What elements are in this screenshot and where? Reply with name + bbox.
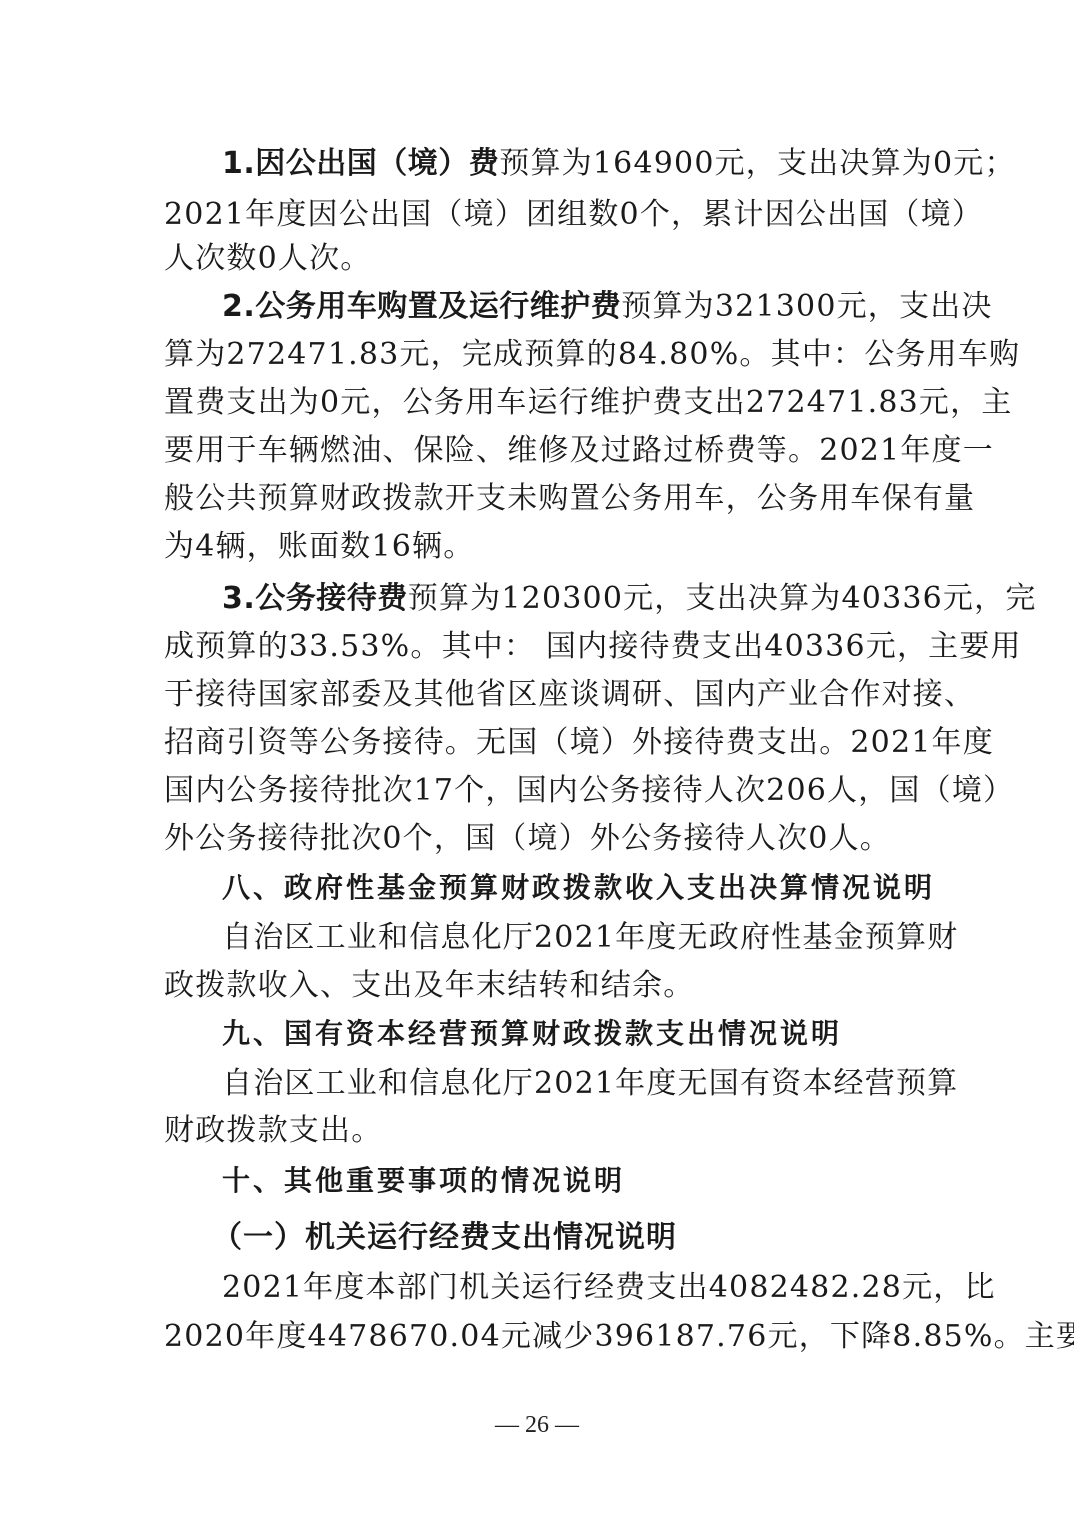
paragraph-line: 为4辆，账面数16辆。 [164,527,916,567]
item-text: 预算为120300元，支出决算为40336元，完 [408,581,1037,616]
item-title: 2.公务用车购置及运行维护费 [222,289,621,324]
section-heading: 八、政府性基金预算财政拨款收入支出决算情况说明 [222,868,916,908]
section-heading: 十、其他重要事项的情况说明 [222,1161,916,1201]
paragraph-line: 自治区工业和信息化厅2021年度无国有资本经营预算 [222,1064,882,1104]
paragraph-line: 置费支出为0元，公务用车运行维护费支出272471.83元，主 [164,383,916,423]
paragraph-line: 于接待国家部委及其他省区座谈调研、国内产业合作对接、 [164,675,916,715]
paragraph-line: 2021年度本部门机关运行经费支出4082482.28元，比 [222,1268,916,1308]
paragraph-line: 外公务接待批次0个，国（境）外公务接待人次0人。 [164,819,916,859]
item-text: 预算为321300元，支出决 [621,289,992,324]
paragraph-line: 2021年度因公出国（境）团组数0个，累计因公出国（境） [164,195,916,235]
subsection-heading: （一）机关运行经费支出情况说明 [212,1218,964,1258]
paragraph-line: 招商引资等公务接待。无国（境）外接待费支出。2021年度 [164,723,916,763]
item-title: 1.因公出国（境）费 [222,146,499,181]
document-page: 1.因公出国（境）费预算为164900元，支出决算为0元； 2021年度因公出国… [0,0,1074,1520]
paragraph-line: 1.因公出国（境）费预算为164900元，支出决算为0元； [222,144,916,184]
section-heading: 九、国有资本经营预算财政拨款支出情况说明 [222,1014,916,1054]
paragraph-line: 人次数0人次。 [164,239,916,279]
paragraph-line: 2020年度4478670.04元减少396187.76元，下降8.85%。主要 [164,1317,916,1357]
paragraph-line: 自治区工业和信息化厅2021年度无政府性基金预算财 [222,918,882,958]
paragraph-line: 成预算的33.53%。其中： 国内接待费支出40336元，主要用 [164,627,916,667]
paragraph-line: 要用于车辆燃油、保险、维修及过路过桥费等。2021年度一 [164,431,916,471]
paragraph-line: 2.公务用车购置及运行维护费预算为321300元，支出决 [222,287,916,327]
paragraph-line: 3.公务接待费预算为120300元，支出决算为40336元，完 [222,579,916,619]
paragraph-line: 算为272471.83元，完成预算的84.80%。其中：公务用车购 [164,335,916,375]
paragraph-line: 国内公务接待批次17个，国内公务接待人次206人，国（境） [164,771,916,811]
item-title: 3.公务接待费 [222,581,408,616]
paragraph-line: 政拨款收入、支出及年末结转和结余。 [164,966,916,1006]
paragraph-line: 财政拨款支出。 [164,1111,916,1151]
item-text: 预算为164900元，支出决算为0元； [499,146,1015,181]
paragraph-line: 般公共预算财政拨款开支未购置公务用车，公务用车保有量 [164,479,916,519]
page-number: — 26 — [0,1412,1074,1439]
